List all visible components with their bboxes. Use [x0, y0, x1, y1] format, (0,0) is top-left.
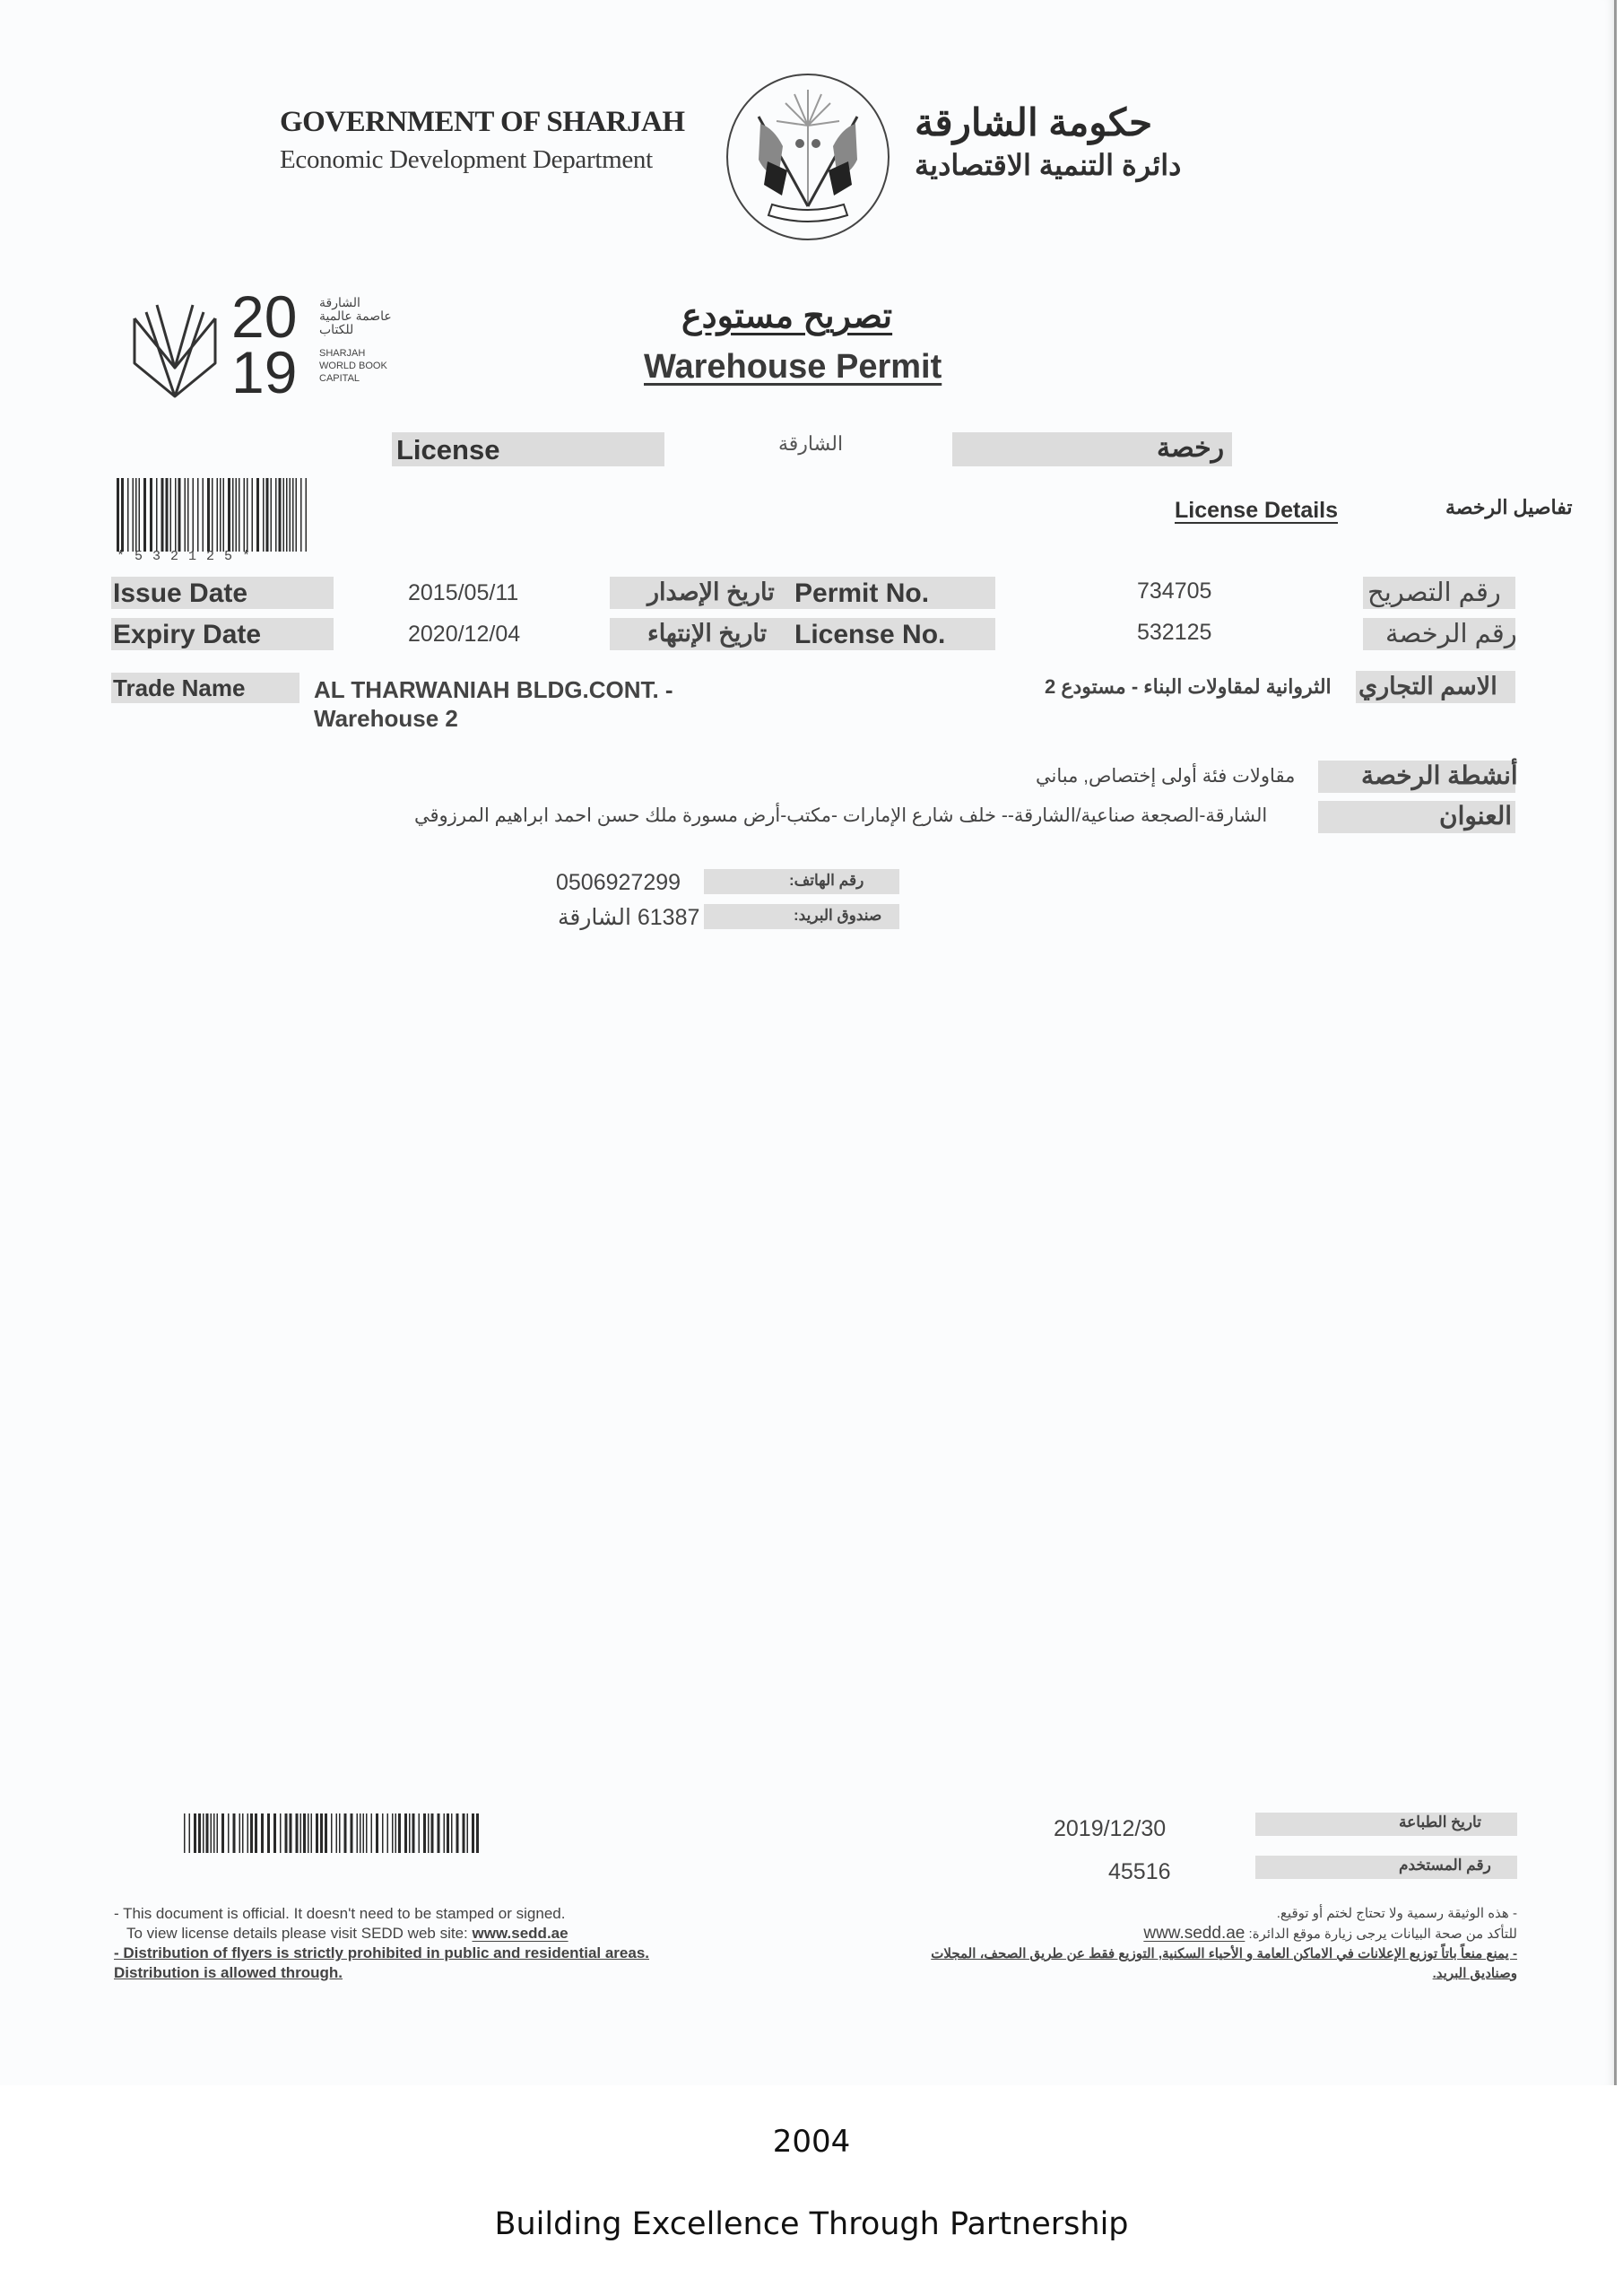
po-box-label: صندوق البريد: [794, 907, 881, 925]
document-title-ar: تصريح مستودع [681, 296, 892, 336]
page-footer-year: 2004 [0, 2124, 1623, 2160]
trade-name-label: Trade Name [113, 674, 245, 702]
book-capital-en-line: WORLD BOOK [319, 360, 387, 372]
barcode-number: *532125* [117, 549, 260, 564]
book-capital-text-ar: الشارقة عاصمة عالمية للكتاب [319, 296, 418, 336]
license-type-label-en: License [396, 434, 499, 466]
government-title-en: GOVERNMENT OF SHARJAH [280, 106, 685, 139]
scanned-permit-sheet: GOVERNMENT OF SHARJAH Economic Developme… [0, 0, 1617, 2085]
note-distribution: Distribution is allowed through. [114, 1963, 649, 1983]
issue-date-label-ar: تاريخ الإصدار [647, 578, 775, 606]
trade-name-value-ar: الثروانية لمقاولات البناء - مستودع 2 [1045, 675, 1332, 699]
book-capital-ar-line: للكتاب [319, 323, 418, 336]
permit-no-label-ar: رقم التصريح [1367, 577, 1501, 608]
issue-date-value: 2015/05/11 [408, 580, 518, 606]
trade-name-value-en: AL THARWANIAH BLDG.CONT. - Warehouse 2 [314, 675, 673, 733]
note-visit-ar-text: للتأكد من صحة البيانات يرجى زيارة موقع ا… [1245, 1926, 1517, 1942]
expiry-date-label: Expiry Date [113, 620, 261, 650]
book-capital-year-bottom: 19 [231, 344, 297, 400]
sedd-link-en[interactable]: www.sedd.ae [473, 1925, 568, 1942]
government-title-ar: حكومة الشارقة [915, 100, 1152, 144]
license-no-value: 532125 [1137, 620, 1211, 646]
book-capital-year-top: 20 [231, 289, 297, 344]
note-visit-ar: للتأكد من صحة البيانات يرجى زيارة موقع ا… [874, 1924, 1517, 1944]
sharjah-emblem-icon [723, 72, 893, 242]
note-flyers-ar: - يمنع منعاً باتاً توزيع الإعلانات في ال… [874, 1944, 1517, 1964]
trade-name-line: AL THARWANIAH BLDG.CONT. - [314, 675, 673, 704]
phone-label: رقم الهاتف: [789, 872, 864, 890]
license-activities-label: أنشطة الرخصة [1361, 761, 1518, 790]
license-details-heading-en: License Details [1175, 498, 1338, 524]
po-box-value: 61387 الشارقة [558, 904, 699, 931]
trade-name-label-ar: الاسم التجاري [1358, 673, 1497, 700]
note-distribution-ar: وصناديق البريد. [874, 1964, 1517, 1984]
phone-value: 0506927299 [556, 870, 681, 896]
book-capital-ar-line: الشارقة [319, 296, 418, 309]
book-capital-ar-line: عاصمة عالمية [319, 309, 418, 323]
note-flyers: - Distribution of flyers is strictly pro… [114, 1944, 649, 1963]
open-book-logo-icon [130, 296, 220, 399]
trade-name-line: Warehouse 2 [314, 704, 673, 733]
license-activities-value: مقاولات فئة أولى إختصاص, مباني [1036, 765, 1295, 787]
note-visit-text: To view license details please visit SED… [126, 1925, 473, 1942]
user-no-label: رقم المستخدم [1399, 1857, 1491, 1874]
print-date-label: تاريخ الطباعة [1399, 1813, 1481, 1831]
license-no-label: License No. [794, 620, 945, 650]
print-date-value: 2019/12/30 [1054, 1816, 1166, 1842]
license-barcode [115, 478, 308, 552]
address-label: العنوان [1439, 801, 1512, 831]
issue-date-label: Issue Date [113, 578, 247, 609]
license-city-ar: الشارقة [778, 432, 843, 456]
department-title-ar: دائرة التنمية الاقتصادية [915, 148, 1181, 182]
license-type-label-ar: رخصة [1157, 432, 1224, 464]
document-title-en: Warehouse Permit [644, 348, 942, 387]
note-visit: To view license details please visit SED… [114, 1924, 649, 1944]
note-official: - This document is official. It doesn't … [114, 1904, 649, 1924]
expiry-date-label-ar: تاريخ الإنتهاء [647, 620, 767, 648]
book-capital-en-line: SHARJAH [319, 347, 387, 360]
department-title-en: Economic Development Department [280, 145, 653, 175]
book-capital-en-line: CAPITAL [319, 372, 387, 385]
license-details-heading-ar: تفاصيل الرخصة [1445, 496, 1572, 519]
license-no-label-ar: رقم الرخصة [1385, 618, 1517, 649]
note-official-ar: - هذه الوثيقة رسمية ولا تحتاج لختم أو تو… [874, 1904, 1517, 1924]
permit-no-value: 734705 [1137, 578, 1211, 604]
address-value: الشارقة-الصجعة صناعية/الشارقة-- خلف شارع… [414, 804, 1267, 827]
permit-no-label: Permit No. [794, 578, 929, 609]
sedd-link-ar[interactable]: www.sedd.ae [1143, 1924, 1245, 1943]
notes-ar: - هذه الوثيقة رسمية ولا تحتاج لختم أو تو… [874, 1904, 1517, 1984]
book-capital-text-en: SHARJAH WORLD BOOK CAPITAL [319, 347, 387, 385]
notes-en: - This document is official. It doesn't … [114, 1904, 649, 1983]
page-footer-slogan: Building Excellence Through Partnership [0, 2206, 1623, 2242]
user-no-value: 45516 [1108, 1859, 1171, 1885]
expiry-date-value: 2020/12/04 [408, 622, 520, 648]
document-barcode [182, 1813, 482, 1853]
